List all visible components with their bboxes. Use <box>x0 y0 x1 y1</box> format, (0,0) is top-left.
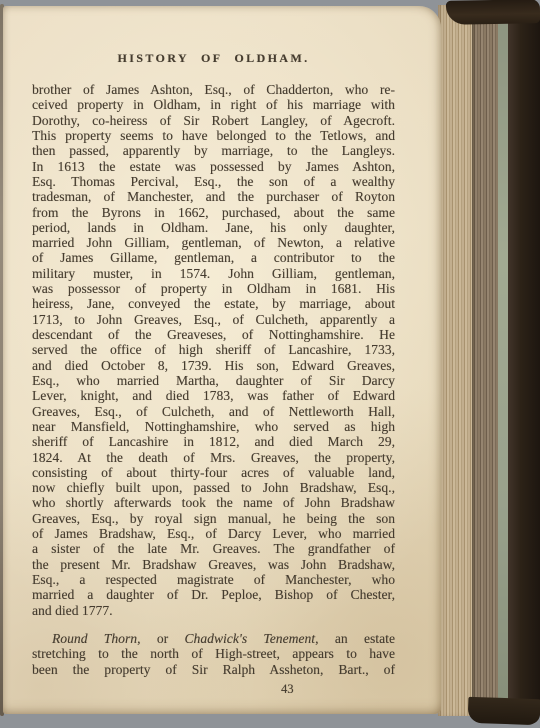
body-text: brother of James Ashton, Esq., of Chadde… <box>32 82 395 677</box>
text-line: This property seems to have belonged to … <box>32 128 395 143</box>
text-line: sheriff of Lancashire in 1812, and died … <box>32 434 395 449</box>
fore-edge-pages-light <box>438 5 474 716</box>
text-line: a sister of the late Mr. Greaves. The gr… <box>32 541 395 556</box>
italic-text: Round Thorn <box>52 631 137 646</box>
text-line: Greaves, Esq., by royal sign manual, he … <box>32 511 395 526</box>
text-line: military muster, in 1574. John Gilliam, … <box>32 266 395 281</box>
text-line: Esq., a respected magistrate of Manchest… <box>32 572 395 587</box>
text-line: consisting of about thirty-four acres of… <box>32 465 395 480</box>
text-line: married a daughter of Dr. Peploe, Bishop… <box>32 587 395 602</box>
photo-background: { "book_page": { "running_header": "HIST… <box>0 0 540 728</box>
text-line: Dorothy, co-heiress of Sir Robert Langle… <box>32 113 395 128</box>
text-line: brother of James Ashton, Esq., of Chadde… <box>32 82 395 97</box>
plain-text: , or <box>137 631 184 646</box>
text-line: 1824. At the death of Mrs. Greaves, the … <box>32 450 395 465</box>
text-line: Esq., who married Martha, daughter of Si… <box>32 373 395 388</box>
text-line: ceived property in Oldham, in right of h… <box>32 97 395 112</box>
paragraph: brother of James Ashton, Esq., of Chadde… <box>32 82 395 618</box>
text-line: Round Thorn, or Chadwick's Tenement, an … <box>32 631 395 646</box>
scanned-book-photo: HISTORY OF OLDHAM. brother of James Asht… <box>0 0 540 728</box>
text-line: who shortly afterwards took the name of … <box>32 495 395 510</box>
text-line: served the office of high sheriff of Lan… <box>32 342 395 357</box>
text-line: near Mansfield, Nottinghamshire, who ser… <box>32 419 395 434</box>
text-line: period, lands in Oldham. Jane, his only … <box>32 220 395 235</box>
text-line: stretching to the north of High-street, … <box>32 646 395 661</box>
fore-edge-pages-dark <box>472 7 500 714</box>
text-line: now chiefly built upon, passed to John B… <box>32 480 395 495</box>
text-line: of James Gillame, gentleman, a contribut… <box>32 250 395 265</box>
text-line: been the property of Sir Ralph Assheton,… <box>32 662 395 677</box>
book-page: HISTORY OF OLDHAM. brother of James Asht… <box>3 6 441 714</box>
text-line: heiress, Jane, conveyed the estate, by m… <box>32 296 395 311</box>
book-cover-bottom <box>468 697 540 725</box>
text-line: Greaves, Esq., of Culcheth, and of Nettl… <box>32 404 395 419</box>
text-line: descendant of the Greaveses, of Nottingh… <box>32 327 395 342</box>
text-line: of James Bradshaw, Esq., of Darcy Lever,… <box>32 526 395 541</box>
text-line: Esq. Thomas Percival, Esq., the son of a… <box>32 174 395 189</box>
text-line: the present Mr. Bradshaw Greaves, was Jo… <box>32 557 395 572</box>
text-line: and died 1777. <box>32 603 395 618</box>
running-header: HISTORY OF OLDHAM. <box>32 51 395 66</box>
text-line: then passed, apparently by marriage, to … <box>32 143 395 158</box>
text-line: In 1613 the estate was possessed by Jame… <box>32 159 395 174</box>
italic-text: Chadwick's Tenement <box>184 631 315 646</box>
page-number: 43 <box>281 682 294 697</box>
text-line: tradesman, of Manchester, and the purcha… <box>32 189 395 204</box>
text-line: 1713, to John Greaves, Esq., of Culcheth… <box>32 312 395 327</box>
plain-text: , an estate <box>315 631 395 646</box>
text-line: married John Gilliam, gentleman, of Newt… <box>32 235 395 250</box>
text-line: and died October 8, 1739. His son, Edwar… <box>32 358 395 373</box>
text-line: Lever, knight, and died 1783, was father… <box>32 388 395 403</box>
text-line: from the Byrons in 1662, purchased, abou… <box>32 205 395 220</box>
book-cover-top <box>446 0 540 25</box>
text-line: was possessor of property in Oldham in 1… <box>32 281 395 296</box>
book-cover-right <box>508 2 540 724</box>
paragraph: Round Thorn, or Chadwick's Tenement, an … <box>32 631 395 677</box>
